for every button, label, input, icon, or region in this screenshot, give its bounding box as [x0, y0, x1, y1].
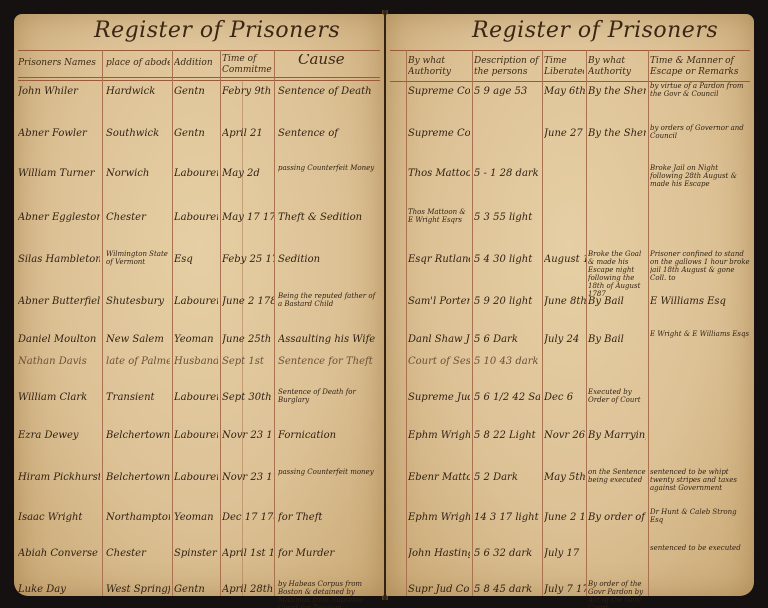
right-cell-remarks: sentenced to be whipt twenty stripes and… [650, 468, 750, 492]
left-cell-cause: for Theft [278, 512, 378, 523]
right-cell-remarks: Dr Hunt & Caleb Strong Esq [650, 508, 750, 524]
right-cell-authority: Danl Shaw Jun Esq [408, 334, 470, 345]
column-divider [220, 50, 221, 596]
left-cell-abode: Wilmington State of Vermont [106, 250, 170, 266]
right-cell-lib-authority: By order of [588, 512, 646, 523]
right-cell-description: 14 3 17 light [474, 512, 540, 523]
left-cell-name: Abiah Converse [18, 548, 100, 559]
right-cell-remarks: Broke Jail on Night following 28th Augus… [650, 164, 750, 188]
right-cell-lib-authority: Executed by Order of Court [588, 388, 646, 404]
header-top-rule [18, 50, 380, 51]
left-cell-abode: West Springfield [106, 584, 170, 595]
left-cell-commitment: June 2 1787 [222, 296, 274, 307]
left-cell-abode: Southwick [106, 128, 170, 139]
header-addition: Addition [174, 58, 218, 69]
left-cell-abode: Norwich [106, 168, 170, 179]
header-cause: Cause [298, 54, 378, 65]
right-cell-description: 5 - 1 28 dark [474, 168, 540, 179]
left-cell-cause: Sedition [278, 254, 378, 265]
right-cell-description: 5 8 22 Light [474, 430, 540, 441]
right-cell-description: 5 9 age 53 [474, 86, 540, 97]
left-cell-addition: Labourer [174, 168, 218, 179]
left-cell-commitment: April 1st 1788 [222, 548, 274, 559]
header-escape-remarks: Time & Manner of Escape or Remarks [650, 56, 750, 78]
column-divider [542, 50, 543, 596]
right-cell-liberated: June 27 [544, 128, 586, 139]
left-cell-cause: Sentence of [278, 128, 378, 139]
right-cell-lib-authority: By Marrying [588, 430, 646, 441]
left-cell-abode: Northampton [106, 512, 170, 523]
left-page: Register of Prisoners Prisoners Names pl… [14, 14, 384, 596]
right-cell-liberated: May 5th 1788 [544, 472, 586, 483]
left-cell-cause: by Habeas Corpus from Boston & detained … [278, 580, 378, 608]
right-cell-authority: Ephm Wright Esq [408, 430, 470, 441]
left-cell-commitment: May 17 1787 [222, 212, 274, 223]
right-cell-authority: Supreme Jud Court [408, 392, 470, 403]
right-page-title: Register of Prisoners [472, 18, 718, 43]
header-description: Description of the persons [474, 56, 540, 78]
right-cell-authority: Court of Sessions [408, 356, 470, 367]
left-cell-addition: Husbandman [174, 356, 218, 367]
left-cell-abode: Chester [106, 212, 170, 223]
left-cell-addition: Esq [174, 254, 218, 265]
right-cell-remarks: by virtue of a Pardon from the Govr & Co… [650, 82, 750, 98]
left-cell-cause: Being the reputed father of a Bastard Ch… [278, 292, 378, 308]
right-cell-lib-authority: By the Sheriff [588, 128, 646, 139]
left-cell-commitment: June 25th [222, 334, 274, 345]
column-divider [648, 50, 649, 596]
right-cell-description: 5 10 43 dark [474, 356, 540, 367]
column-divider [274, 50, 275, 596]
right-cell-remarks: by orders of Governor and Council [650, 124, 750, 140]
right-cell-lib-authority: By the Sheriff [588, 86, 646, 97]
column-divider [406, 50, 407, 596]
left-cell-commitment: Febry 9th [222, 86, 274, 97]
left-cell-cause: passing Counterfeit Money [278, 164, 378, 172]
left-cell-abode: Transient [106, 392, 170, 403]
left-cell-commitment: Feby 25 1787 [222, 254, 274, 265]
right-cell-liberated: June 2 1788 [544, 512, 586, 523]
right-cell-authority: Supreme Court [408, 86, 470, 97]
left-cell-name: Ezra Dewey [18, 430, 100, 441]
right-cell-liberated: July 24 [544, 334, 586, 345]
right-cell-lib-authority: By Bail [588, 296, 646, 307]
left-cell-abode: Belchertown [106, 472, 170, 483]
right-cell-remarks: E Wright & E Williams Esqs [650, 330, 750, 338]
right-cell-authority: Thos Mattoon & E Wright Esqrs [408, 208, 470, 224]
right-page: Register of Prisoners By what Authority … [386, 14, 754, 596]
header-top-rule [390, 50, 750, 51]
right-cell-description: 5 8 45 dark [474, 584, 540, 595]
right-cell-authority: Sam'l Porter Esq [408, 296, 470, 307]
left-cell-addition: Labourer [174, 472, 218, 483]
right-cell-liberated: August 18 1787 [544, 254, 586, 265]
header-prisoners-names: Prisoners Names [18, 58, 100, 69]
right-cell-description: 5 4 30 light [474, 254, 540, 265]
left-cell-addition: Labourer [174, 212, 218, 223]
header-bottom-rule-2 [18, 80, 380, 81]
left-cell-commitment: April 21 [222, 128, 274, 139]
header-bottom-rule [18, 77, 380, 78]
right-cell-lib-authority: Broke the Goal & made his Escape night f… [588, 250, 646, 298]
left-cell-name: Isaac Wright [18, 512, 100, 523]
right-cell-liberated: July 17 [544, 548, 586, 559]
left-cell-addition: Yeoman [174, 334, 218, 345]
right-cell-description: 5 3 55 light [474, 212, 540, 223]
left-cell-addition: Gentn [174, 584, 218, 595]
left-cell-abode: New Salem [106, 334, 170, 345]
right-cell-description: 5 6 Dark [474, 334, 540, 345]
right-cell-description: 5 2 Dark [474, 472, 540, 483]
left-cell-cause: for Murder [278, 548, 378, 559]
left-cell-abode: Belchertown [106, 430, 170, 441]
right-cell-lib-authority: By Bail [588, 334, 646, 345]
left-cell-name: John Whiler [18, 86, 100, 97]
right-cell-remarks: E Williams Esq [650, 296, 750, 307]
right-cell-liberated: May 6th [544, 86, 586, 97]
right-cell-lib-authority: By order of the Govr Pardon by Act of th… [588, 580, 646, 608]
left-cell-addition: Spinster [174, 548, 218, 559]
right-cell-authority: Ebenr Mattoon Esq [408, 472, 470, 483]
left-cell-name: Abner Eggleston [18, 212, 100, 223]
right-cell-liberated: Novr 26 1788 [544, 430, 586, 441]
left-cell-name: Hiram Pickhurst [18, 472, 100, 483]
header-place-of-abode: place of abode [106, 58, 170, 69]
right-cell-description: 5 9 20 light [474, 296, 540, 307]
header-liberated-authority: By what Authority [588, 56, 646, 78]
left-cell-commitment: Novr 23 1787 [222, 472, 274, 483]
left-cell-commitment: April 28th 1788 [222, 584, 274, 595]
left-cell-abode: late of Palmer [106, 356, 170, 367]
header-by-what-authority: By what Authority [408, 56, 470, 78]
left-cell-name: Abner Fowler [18, 128, 100, 139]
column-divider [102, 50, 103, 596]
left-cell-cause: Assaulting his Wife [278, 334, 378, 345]
header-time-of-commitment: Time of Commitment [222, 54, 272, 76]
right-cell-authority: Thos Mattoon Esq [408, 168, 470, 179]
left-cell-addition: Labourer [174, 296, 218, 307]
column-divider [472, 50, 473, 596]
left-cell-name: Abner Butterfield [18, 296, 100, 307]
left-cell-cause: passing Counterfeit money [278, 468, 378, 476]
left-cell-cause: Sentence of Death [278, 86, 378, 97]
right-cell-description: 5 6 32 dark [474, 548, 540, 559]
left-cell-name: Luke Day [18, 584, 100, 595]
left-cell-name: Daniel Moulton [18, 334, 100, 345]
left-cell-cause: Sentence for Theft [278, 356, 378, 367]
right-cell-remarks: sentenced to be executed [650, 544, 750, 552]
left-cell-addition: Labourer [174, 392, 218, 403]
right-cell-authority: John Hastings [408, 548, 470, 559]
left-cell-abode: Chester [106, 548, 170, 559]
left-cell-name: Nathan Davis [18, 356, 100, 367]
right-cell-liberated: Dec 6 [544, 392, 586, 403]
column-divider [172, 50, 173, 596]
left-cell-addition: Labourer [174, 430, 218, 441]
left-cell-cause: Fornication [278, 430, 378, 441]
left-cell-addition: Gentn [174, 128, 218, 139]
left-cell-cause: Theft & Sedition [278, 212, 378, 223]
left-cell-commitment: May 2d [222, 168, 274, 179]
right-cell-liberated: July 7 1788 [544, 584, 586, 595]
left-cell-commitment: Novr 23 1787 [222, 430, 274, 441]
left-cell-commitment: Sept 1st [222, 356, 274, 367]
column-divider [586, 50, 587, 596]
header-time-liberated: Time Liberated [544, 56, 584, 78]
right-cell-lib-authority: on the Sentence being executed [588, 468, 646, 484]
left-cell-abode: Shutesbury [106, 296, 170, 307]
right-cell-authority: Ephm Wright Esq [408, 512, 470, 523]
left-cell-abode: Hardwick [106, 86, 170, 97]
right-cell-authority: Supr Jud Court [408, 584, 470, 595]
left-cell-name: William Turner [18, 168, 100, 179]
right-cell-authority: Esqr Rutland [408, 254, 470, 265]
right-cell-authority: Supreme Court [408, 128, 470, 139]
left-cell-cause: Sentence of Death for Burglary [278, 388, 378, 404]
right-cell-liberated: June 8th [544, 296, 586, 307]
right-cell-remarks: Prisoner confined to stand on the gallow… [650, 250, 750, 282]
left-cell-addition: Gentn [174, 86, 218, 97]
left-page-title: Register of Prisoners [94, 18, 340, 43]
left-cell-commitment: Sept 30th [222, 392, 274, 403]
left-cell-name: William Clark [18, 392, 100, 403]
left-cell-name: Silas Hambleton [18, 254, 100, 265]
left-cell-addition: Yeoman [174, 512, 218, 523]
right-cell-description: 5 6 1/2 42 Sandy [474, 392, 540, 403]
left-cell-commitment: Dec 17 1787 [222, 512, 274, 523]
